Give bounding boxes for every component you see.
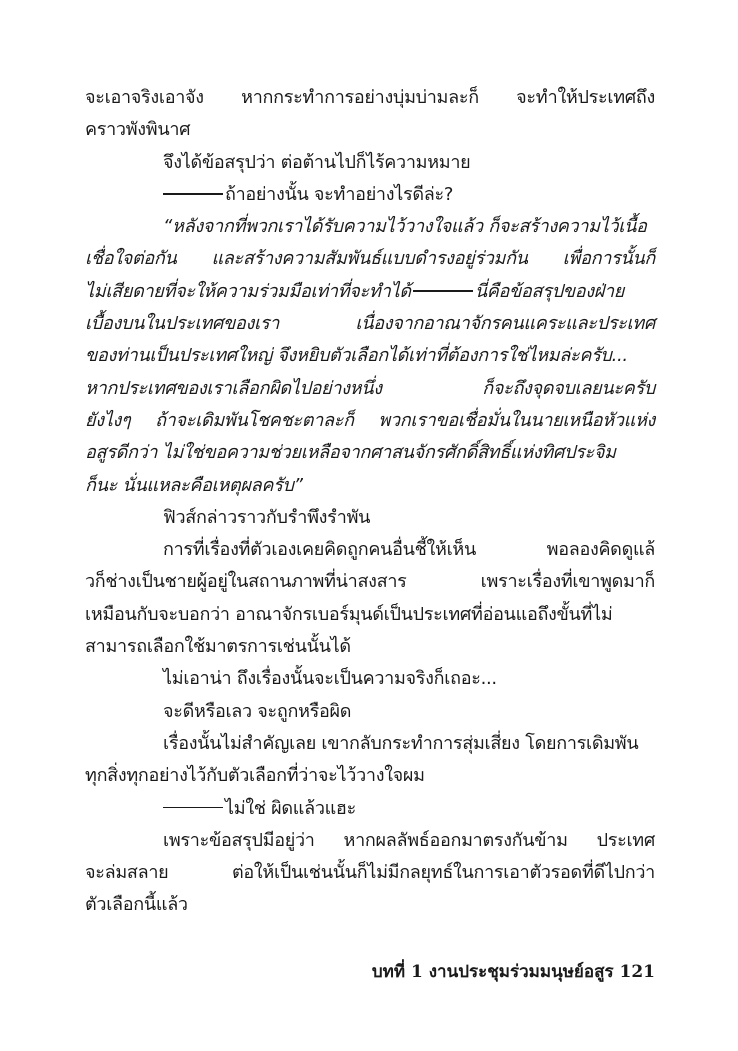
text-line: เชื่อใจต่อกัน และสร้างความสัมพันธ์แบบดำร…: [85, 243, 655, 275]
text-line: “หลังจากที่พวกเราได้รับความไว้วางใจแล้ว …: [85, 211, 655, 243]
text-line: ก็นะ นั่นแหละคือเหตุผลครับ”: [85, 470, 655, 502]
em-dash: [163, 193, 223, 195]
text-line: ไม่เอาน่า ถึงเรื่องนั้นจะเป็นความจริงก็เ…: [85, 663, 655, 695]
text-line: จะล่มสลาย ต่อให้เป็นเช่นนั้นก็ไม่มีกลยุท…: [85, 857, 655, 889]
text-line: ไม่เสียดายที่จะให้ความร่วมมือเท่าที่จะทำ…: [85, 276, 655, 308]
running-footer: บทที่ 1 งานประชุมร่วมมนุษย์อสูร 121: [335, 958, 655, 985]
quote-text: นี่คือข้อสรุปของฝ่าย: [475, 281, 624, 302]
quote-text: ไม่เสียดายที่จะให้ความร่วมมือเท่าที่จะทำ…: [85, 281, 411, 302]
text-line: ฟิวส์กล่าวราวกับรำพึงรำพัน: [85, 502, 655, 534]
text-line: ยังไงๆ ถ้าจะเดิมพันโชคชะตาละก็ พวกเราขอเ…: [85, 405, 655, 437]
dialogue-text: ไม่ใช่ ผิดแล้วแฮะ: [225, 798, 356, 819]
text-line: จึงได้ข้อสรุปว่า ต่อต้านไปก็ไร้ความหมาย: [85, 147, 655, 179]
text-line: จะเอาจริงเอาจัง หากกระทำการอย่างบุ่มบ่าม…: [85, 82, 655, 114]
text-line: วก็ช่างเป็นชายผู้อยู่ในสถานภาพที่น่าสงสา…: [85, 566, 655, 598]
text-line: ตัวเลือกนี้แล้ว: [85, 889, 655, 921]
dialogue-text: ถ้าอย่างนั้น จะทำอย่างไรดีล่ะ?: [225, 184, 453, 205]
text-line: เหมือนกับจะบอกว่า อาณาจักรเบอร์มุนด์เป็น…: [85, 599, 655, 631]
text-line: ถ้าอย่างนั้น จะทำอย่างไรดีล่ะ?: [85, 179, 655, 211]
em-dash: [413, 290, 473, 292]
text-line: คราวพังพินาศ: [85, 114, 655, 146]
text-line: เบื้องบนในประเทศของเรา เนื่องจากอาณาจักร…: [85, 308, 655, 340]
text-line: เรื่องนั้นไม่สำคัญเลย เขากลับกระทำการสุ่…: [85, 728, 655, 760]
text-line: ไม่ใช่ ผิดแล้วแฮะ: [85, 793, 655, 825]
book-page: จะเอาจริงเอาจัง หากกระทำการอย่างบุ่มบ่าม…: [0, 0, 738, 1051]
text-line: จะดีหรือเลว จะถูกหรือผิด: [85, 696, 655, 728]
text-line: การที่เรื่องที่ตัวเองเคยคิดถูกคนอื่นชี้ใ…: [85, 534, 655, 566]
text-line: ของท่านเป็นประเทศใหญ่ จึงหยิบตัวเลือกได้…: [85, 340, 655, 372]
text-line: ทุกสิ่งทุกอย่างไว้กับตัวเลือกที่ว่าจะไว้…: [85, 760, 655, 792]
text-line: หากประเทศของเราเลือกผิดไปอย่างหนึ่ง ก็จะ…: [85, 373, 655, 405]
text-line: เพราะข้อสรุปมีอยู่ว่า หากผลลัพธ์ออกมาตรง…: [85, 825, 655, 857]
text-line: อสูรดีกว่า ไม่ใช่ขอความช่วยเหลือจากศาสนจ…: [85, 437, 655, 469]
em-dash: [163, 807, 223, 809]
body-text: จะเอาจริงเอาจัง หากกระทำการอย่างบุ่มบ่าม…: [85, 82, 655, 922]
text-line: สามารถเลือกใช้มาตรการเช่นนั้นได้: [85, 631, 655, 663]
